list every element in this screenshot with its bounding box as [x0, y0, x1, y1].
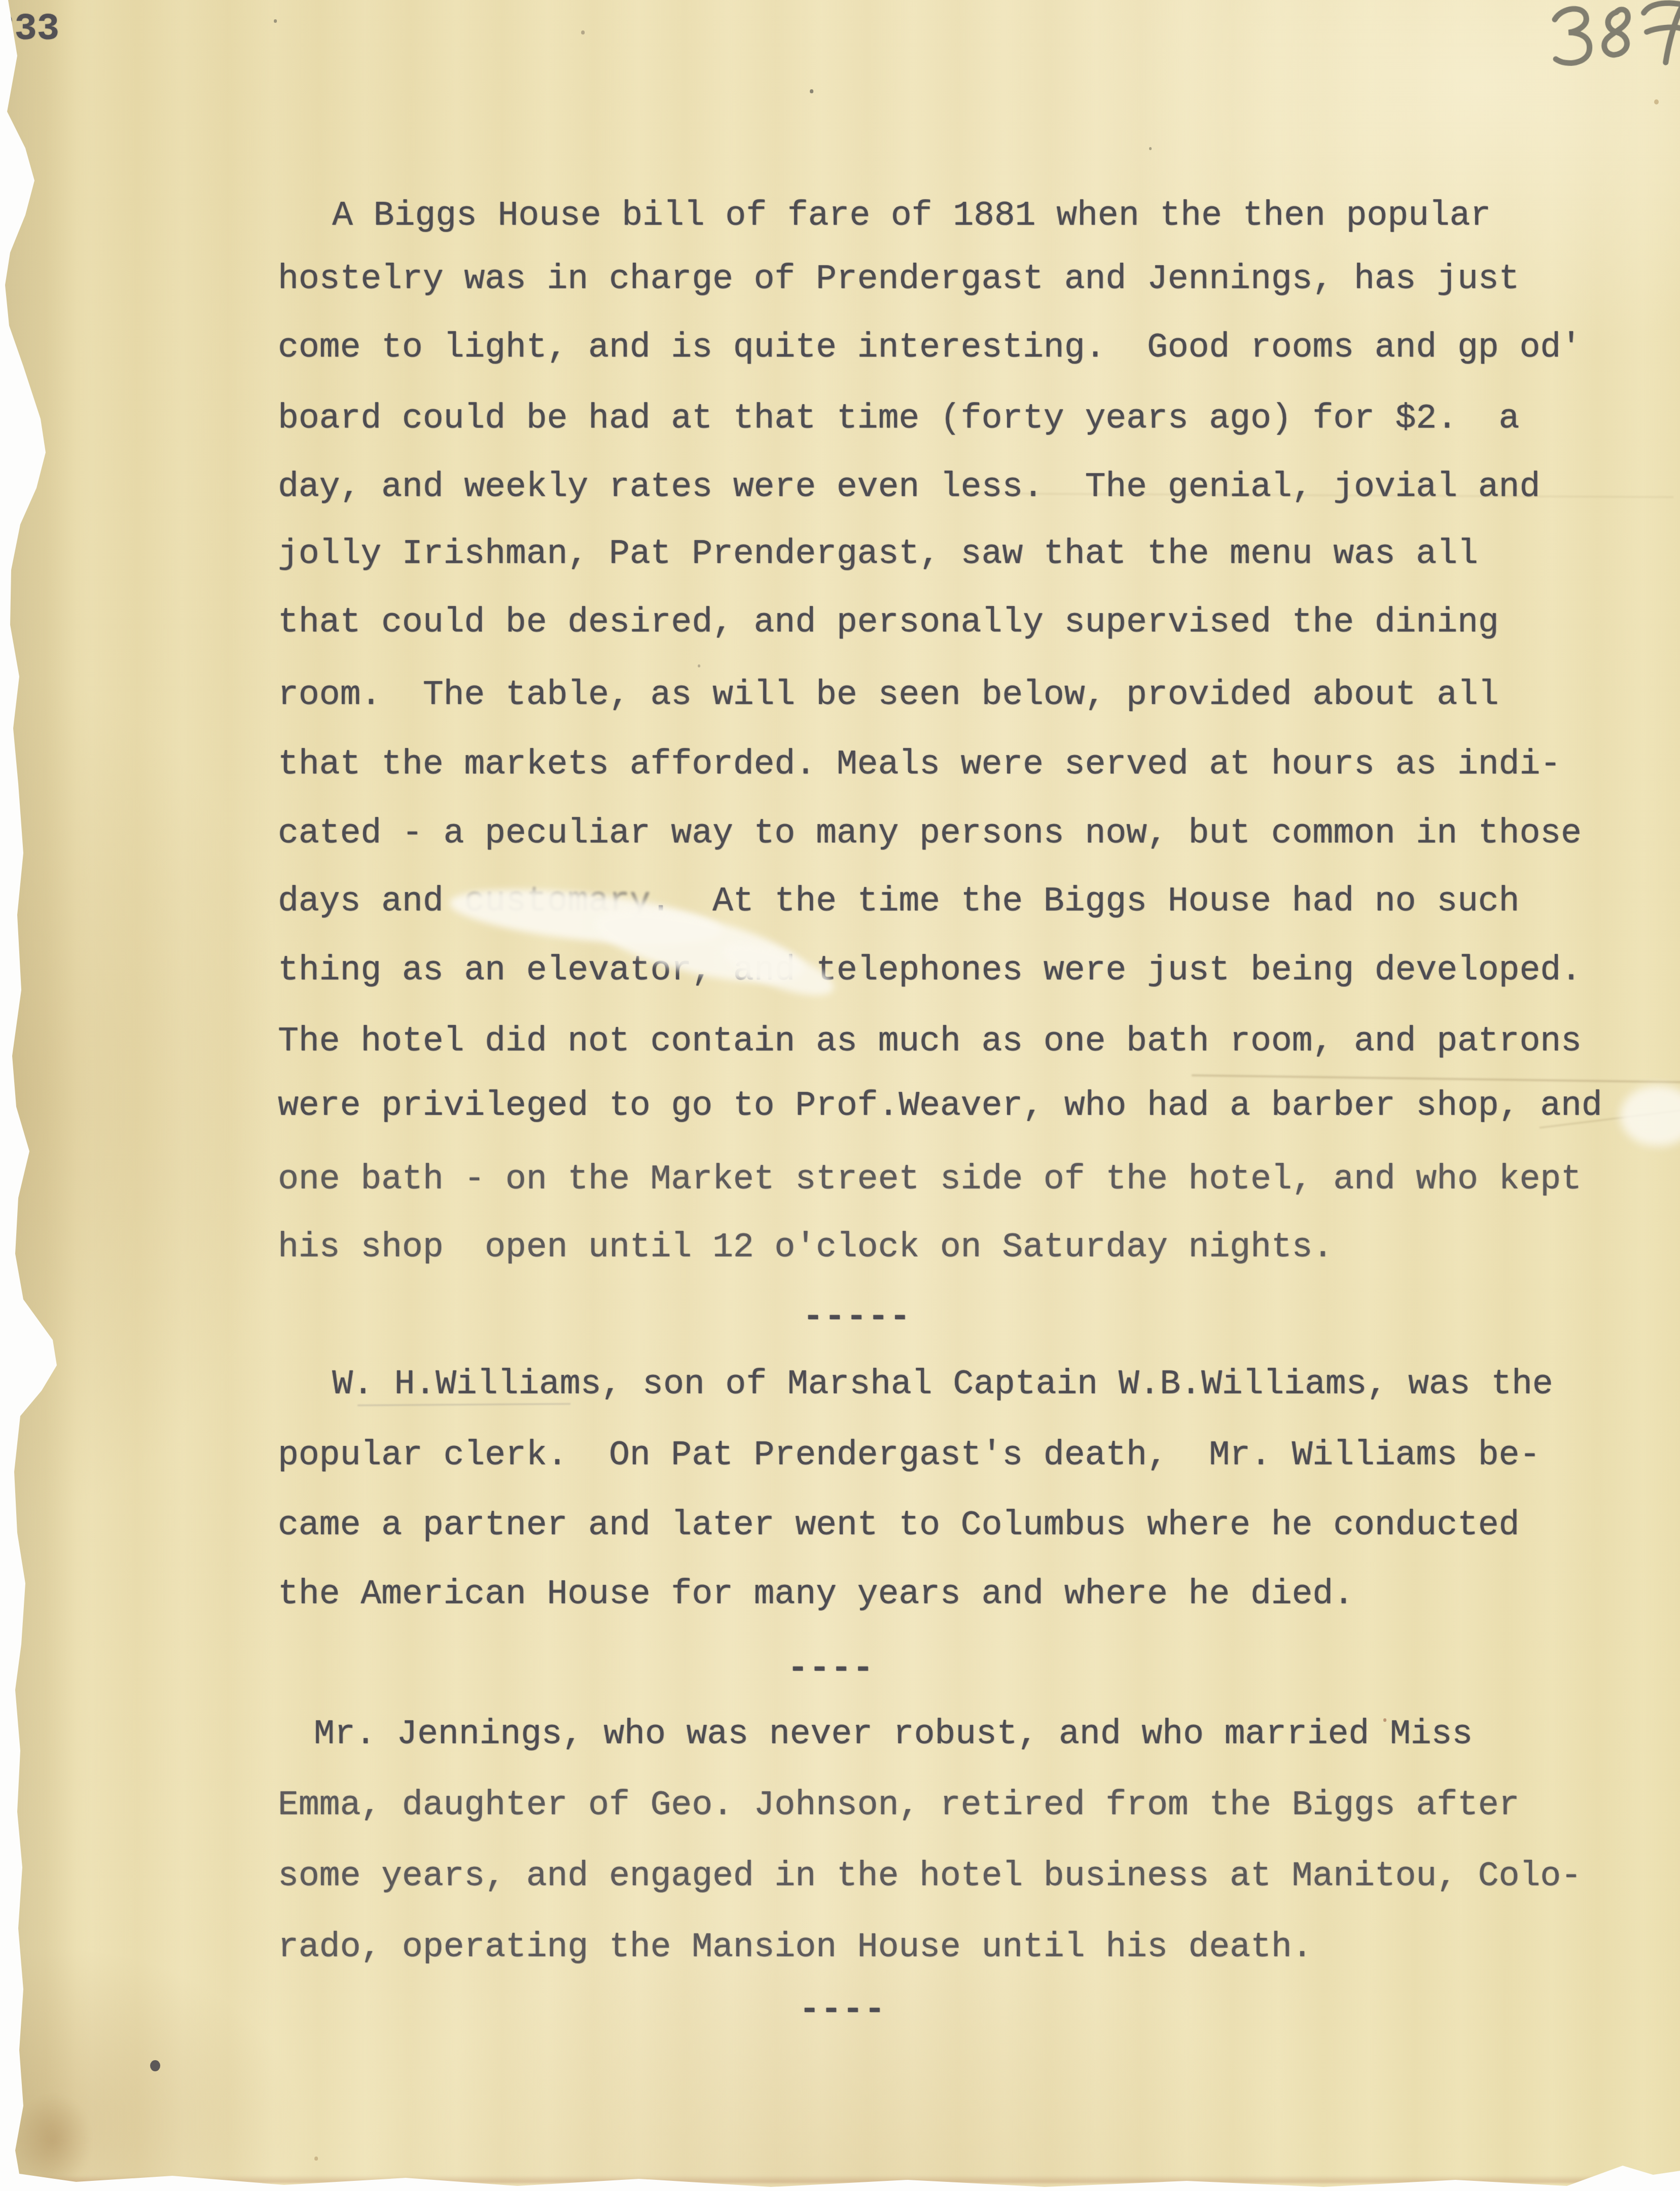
typed-page-number: 333	[0, 11, 59, 48]
typed-line: rado, operating the Mansion House until …	[278, 1929, 1312, 1966]
scanned-document: 333 A Biggs House bill of fare of 1881 w…	[0, 0, 1680, 2191]
typed-line: that the markets afforded. Meals were se…	[278, 747, 1561, 783]
separator-dashes: ----	[788, 1651, 874, 1687]
typed-line: W. H.Williams, son of Marshal Captain W.…	[332, 1366, 1553, 1403]
typed-line: board could be had at that time (forty y…	[278, 401, 1519, 437]
torn-edge-shading	[0, 0, 76, 2191]
typed-line: room. The table, as will be seen below, …	[278, 677, 1499, 714]
typed-line: Emma, daughter of Geo. Johnson, retired …	[278, 1787, 1519, 1824]
typed-line: one bath - on the Market street side of …	[278, 1161, 1582, 1198]
paper-bottom-edge	[0, 2176, 1680, 2183]
typed-line: his shop open until 12 o'clock on Saturd…	[278, 1229, 1333, 1266]
pencil-387-drawing	[1540, 0, 1680, 83]
typed-line: A Biggs House bill of fare of 1881 when …	[332, 198, 1491, 234]
typed-line: were privileged to go to Prof.Weaver, wh…	[278, 1088, 1602, 1124]
typed-line: that could be desired, and personally su…	[278, 605, 1499, 641]
typed-line: came a partner and later went to Columbu…	[278, 1507, 1519, 1544]
paper-crease	[1192, 1074, 1680, 1083]
typed-line: cated - a peculiar way to many persons n…	[278, 816, 1582, 852]
typed-line: Mr. Jennings, who was never robust, and …	[314, 1716, 1473, 1753]
document-page: 333 A Biggs House bill of fare of 1881 w…	[0, 0, 1680, 2191]
handwritten-page-number	[1540, 0, 1680, 86]
corner-stain	[15, 2095, 91, 2186]
typed-line: jolly Irishman, Pat Prendergast, saw tha…	[278, 536, 1478, 573]
ink-speck	[150, 2060, 160, 2071]
typed-line: The hotel did not contain as much as one…	[278, 1023, 1582, 1060]
typed-line: come to light, and is quite interesting.…	[278, 330, 1582, 366]
typed-text: days and	[278, 882, 464, 921]
typed-text: . At the time the Biggs House had no suc…	[651, 882, 1520, 921]
separator-dashes: ----	[799, 1992, 886, 2029]
ink-speck	[810, 89, 813, 93]
ink-speck	[314, 2157, 318, 2161]
paper-tear-highlight	[1620, 1085, 1680, 1146]
ink-speck	[1654, 99, 1659, 104]
typed-line: the American House for many years and wh…	[278, 1576, 1354, 1613]
typed-line: hostelry was in charge of Prendergast an…	[278, 261, 1519, 298]
typed-line: day, and weekly rates were even less. Th…	[278, 469, 1540, 506]
typed-line: some years, and engaged in the hotel bus…	[278, 1858, 1582, 1895]
ink-speck	[698, 664, 700, 667]
typed-line: thing as an elevator, and telephones wer…	[278, 952, 1582, 989]
typed-line: popular clerk. On Pat Prendergast's deat…	[278, 1437, 1540, 1474]
ink-speck	[581, 30, 585, 34]
ink-speck	[274, 19, 277, 23]
ink-speck	[1149, 147, 1152, 150]
ink-speck	[1383, 1718, 1386, 1722]
separator-dashes: -----	[803, 1299, 911, 1336]
